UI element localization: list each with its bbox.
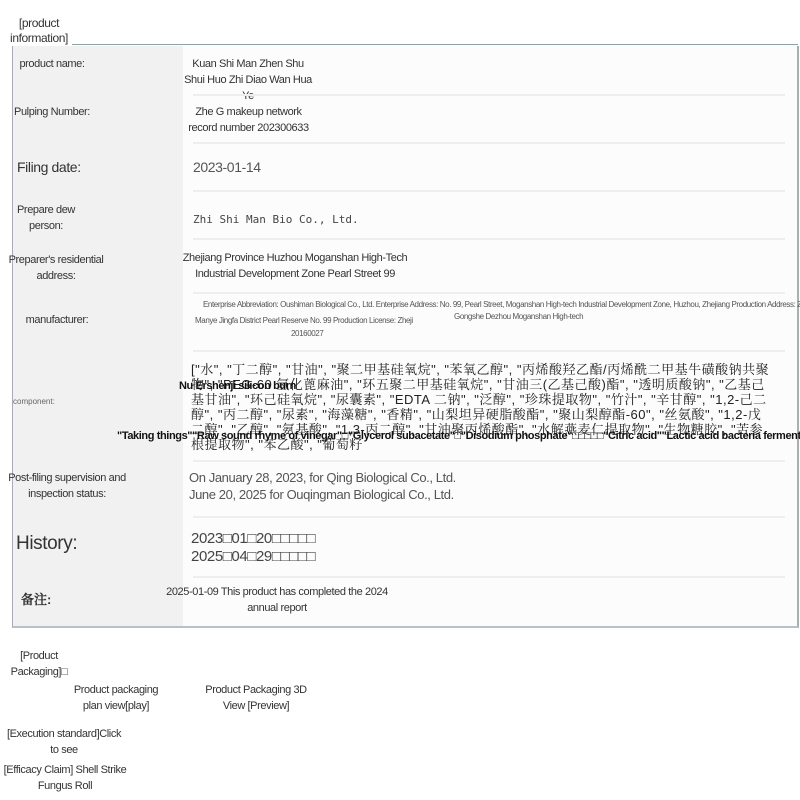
value-history-entry: 2023□01□20□□□□□ <box>191 530 315 548</box>
value-supervision-line2: June 20, 2025 for Ouqingman Biological C… <box>189 487 454 503</box>
label-filing-date: Filing date: <box>17 159 107 175</box>
row-preparer-address: Preparer's residential address: Zhejiang… <box>13 240 797 294</box>
section-header-product-info: [product information] <box>8 16 70 46</box>
value-filing-date: 2023-01-14 <box>193 159 261 175</box>
value-supervision-line1: On January 28, 2023, for Qing Biological… <box>189 470 456 486</box>
value-manufacturer-line2b: Gongshe Dezhou Moganshan High-tech <box>454 310 583 323</box>
label-product-name: product name: <box>13 56 91 72</box>
value-manufacturer-line2: Manye Jingfa District Pearl Reserve No. … <box>195 314 413 327</box>
label-remark: 备注: <box>21 592 61 608</box>
row-remark: 备注: 2025-01-09 This product has complete… <box>13 578 797 626</box>
row-preparer: Prepare dew person: Zhi Shi Man Bio Co.,… <box>13 192 797 240</box>
value-preparer-address: Zhejiang Province Huzhou Moganshan High-… <box>173 250 417 282</box>
label-history: History: <box>16 536 136 552</box>
row-record-number: Pulping Number: Zhe G makeup network rec… <box>13 96 797 144</box>
row-filing-date: Filing date: 2023-01-14 <box>13 144 797 192</box>
value-component-en2: "Taking things""Raw sound rhyme of vineg… <box>117 430 800 442</box>
value-component-en1: Nu Ershenji silicon burn <box>179 380 296 392</box>
row-supervision: Post-filing supervision and inspection s… <box>13 462 797 518</box>
label-supervision: Post-filing supervision and inspection s… <box>7 470 127 502</box>
label-preparer: Prepare dew person: <box>7 202 85 234</box>
value-preparer: Zhi Shi Man Bio Co., Ltd. <box>193 212 359 228</box>
row-manufacturer: manufacturer: Enterprise Abbreviation: O… <box>13 294 797 352</box>
efficacy-claim: [Efficacy Claim] Shell Strike Fungus Rol… <box>2 762 128 794</box>
label-manufacturer: manufacturer: <box>7 312 107 328</box>
value-history-entry: 2025□04□29□□□□□ <box>191 548 315 566</box>
label-component: component: <box>13 394 53 410</box>
label-record-number: Pulping Number: <box>13 104 91 120</box>
label-preparer-address: Preparer's residential address: <box>1 252 111 284</box>
row-history: History: 2023□01□20□□□□□ 2025□04□29□□□□□ <box>13 518 797 578</box>
packaging-3d-view-link[interactable]: Product Packaging 3D View [Preview] <box>196 682 316 714</box>
execution-standard-link[interactable]: [Execution standard]Click to see <box>4 726 124 758</box>
packaging-plan-view-link[interactable]: Product packaging plan view[play] <box>64 682 168 714</box>
section-header-packaging: [Product Packaging]□ <box>8 648 70 680</box>
value-remark: 2025-01-09 This product has completed th… <box>161 584 393 616</box>
value-manufacturer-line3: 20160027 <box>291 327 323 340</box>
value-record-number: Zhe G makeup network record number 20230… <box>181 104 316 136</box>
section-divider <box>72 44 798 45</box>
row-product-name: product name: Kuan Shi Man Zhen Shu Shui… <box>13 46 797 96</box>
product-info-panel: product name: Kuan Shi Man Zhen Shu Shui… <box>12 46 799 628</box>
